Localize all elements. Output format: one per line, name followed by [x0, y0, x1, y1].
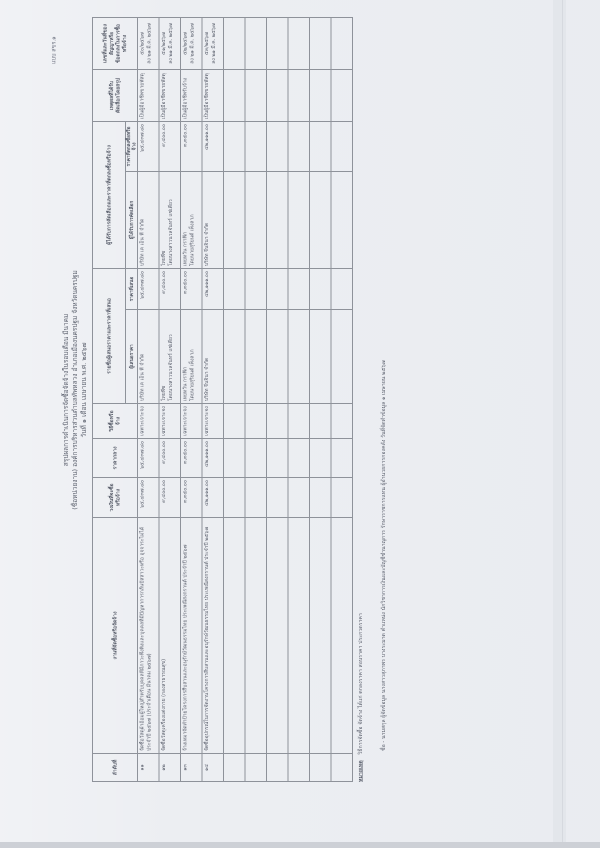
row-bidder-cell — [288, 310, 310, 404]
row-median-price-cell — [331, 439, 353, 478]
row-method-cell — [267, 404, 289, 439]
row-contract-cell — [224, 17, 246, 69]
row-contract-cell — [331, 17, 353, 69]
header-bid-price: ราคาที่เสนอ — [126, 269, 138, 310]
header-item: งานที่จัดซื้อหรือจัดจ้าง — [93, 518, 138, 754]
row-number: ๑๓ — [182, 756, 189, 779]
title-line-date: วันที่ ๑ เดือน เมษายน พ.ศ. ๒๕๖๗ — [80, 0, 89, 782]
row-method-cell: เฉพาะเจาะจง — [138, 404, 160, 439]
row-agreed-price-cell — [331, 121, 353, 171]
row-budget: ๙,๔๐๐.๐๐ — [161, 480, 168, 515]
row-bid-price: ๔๒,๑๑๑.๐๐ — [204, 271, 211, 307]
row-agreed-price-cell: ๓,๓๕๐.๐๐ — [181, 121, 203, 171]
row-bidder-cell — [245, 310, 267, 404]
row-agreed-price-cell: ๙,๔๐๐.๐๐ — [159, 121, 181, 171]
row-budget-cell: ๓,๓๕๐.๐๐ — [181, 478, 203, 518]
rotated-document-page: แบบ สขร.๑ สรุปผลการดำเนินการจัดซื้อจัดจ้… — [0, 0, 600, 848]
row-contract-cell: ๕๑/๒๕๖๗ ลง ๒๑ มี.ค. ๒๕๖๗ — [159, 17, 181, 69]
row-item-cell: จัดซื้อวัสดุผ้าอ้อมผู้ใหญ่สำหรับบุคคลที่… — [138, 518, 160, 754]
row-selected-cell — [310, 172, 332, 269]
row-budget-cell: ๔๒,๑๑๑.๐๐ — [202, 478, 224, 518]
notes-preparer-line: ชื่อ - นามสกุล ผู้จัดข้อมูล นางสาวสุภาพร… — [379, 360, 388, 751]
row-selected: บริษัท เค เอ็น พี จำกัด — [139, 174, 146, 266]
row-item: จัดซื้อวัสดุเครื่องแต่งกาย (กองสาธารณสุข… — [161, 520, 168, 751]
row-bid-price-cell — [331, 269, 353, 310]
row-budget-cell — [331, 478, 353, 518]
row-item-cell — [224, 518, 246, 754]
table-body: ๑๑จัดซื้อวัสดุผ้าอ้อมผู้ใหญ่สำหรับบุคคลท… — [138, 17, 353, 781]
row-item-cell — [245, 518, 267, 754]
header-no: ลำดับที่ — [93, 754, 138, 782]
row-method-cell — [245, 404, 267, 439]
header-median-price: ราคากลาง — [93, 439, 138, 478]
row-bidder-cell: เหยหวัน กราฟิก โดยนายสุริยนต์ เพ็งลาภ — [181, 310, 203, 404]
row-bidder-cell: ไทยพีซ โดยนางสาวนวลจันทร์ แซ่เตียว — [159, 310, 181, 404]
row-reason-cell: เป็นผู้มีอาชีพขายพัสดุ — [159, 69, 181, 121]
row-number-cell: ๑๒ — [159, 754, 181, 782]
row-selected-cell: ไทยพีซ โดยนางสาวนวลจันทร์ แซ่เตียว — [159, 172, 181, 269]
row-contract: ๕๐/๒๕๖๗ ลง ๒๑ มี.ค. ๒๕๖๗ — [139, 20, 153, 67]
row-method-cell — [288, 404, 310, 439]
row-bid-price-cell: ๔๒,๑๑๑.๐๐ — [202, 269, 224, 310]
row-agreed-price: ๙,๔๐๐.๐๐ — [161, 124, 168, 169]
row-bidder-cell — [331, 310, 353, 404]
row-agreed-price-cell — [267, 121, 289, 171]
row-method-cell: เฉพาะเจาะจง — [159, 404, 181, 439]
row-number-cell — [310, 754, 332, 782]
header-agreed-price: ราคาที่ตกลงซื้อหรือจ้าง — [126, 121, 138, 171]
row-bidder: ไทยพีซ โดยนางสาวนวลจันทร์ แซ่เตียว — [161, 312, 175, 401]
row-number: ๑๑ — [139, 756, 146, 779]
row-selected: เหยหวัน กราฟิก โดยนายสุริยนต์ เพ็งลาภ — [182, 174, 196, 266]
row-budget-cell — [224, 478, 246, 518]
table-row-empty — [245, 17, 267, 781]
row-budget: ๔๒,๑๑๑.๐๐ — [204, 480, 211, 515]
row-agreed-price: ๔๒,๑๑๑.๐๐ — [204, 124, 211, 169]
title-line-summary: สรุปผลการดำเนินการจัดซื้อจัดจ้างในรอบเดื… — [62, 0, 71, 782]
notes-methods-text: วิธีการจัดซื้อ จัดจ้าง ได้แก่ ตกลงราคา ส… — [358, 613, 364, 755]
row-method: เฉพาะเจาะจง — [182, 406, 189, 436]
row-selected-cell — [288, 172, 310, 269]
row-reason-cell: เป็นผู้มีอาชีพรับจ้าง — [181, 69, 203, 121]
row-number-cell — [331, 754, 353, 782]
notes-methods-line: หมายเหตุ วิธีการจัดซื้อ จัดจ้าง ได้แก่ ต… — [356, 613, 365, 782]
row-contract-cell — [288, 17, 310, 69]
table-row: ๑๒จัดซื้อวัสดุเครื่องแต่งกาย (กองสาธารณส… — [159, 17, 181, 781]
row-budget-cell: ๖๕,๔๓๗.๘๐ — [138, 478, 160, 518]
row-method-cell — [224, 404, 246, 439]
row-bid-price-cell — [267, 269, 289, 310]
row-bid-price-cell: ๙,๔๐๐.๐๐ — [159, 269, 181, 310]
table-row: ๑๔จัดซื้ออุปกรณ์ในการจัดงานโครงการสืบสาน… — [202, 17, 224, 781]
document-title: สรุปผลการดำเนินการจัดซื้อจัดจ้างในรอบเดื… — [62, 0, 89, 782]
row-item-cell: จัดซื้อวัสดุเครื่องแต่งกาย (กองสาธารณสุข… — [159, 518, 181, 754]
row-reason: เป็นผู้มีอาชีพขายพัสดุ — [139, 72, 146, 119]
header-selected-group: ผู้ได้รับการคัดเลือกและราคาที่ตกลงซื้อหร… — [93, 121, 126, 268]
row-budget: ๖๕,๔๓๗.๘๐ — [139, 480, 146, 515]
row-budget-cell — [288, 478, 310, 518]
row-bidder-cell: บริษัท จีนจินา จำกัด — [202, 310, 224, 404]
row-contract-cell — [245, 17, 267, 69]
row-item: จัดซื้ออุปกรณ์ในการจัดงานโครงการสืบสานแล… — [204, 520, 211, 751]
row-selected: บริษัท จีนจินา จำกัด — [204, 174, 211, 266]
table-row-empty — [310, 17, 332, 781]
title-line-agency: (ชื่อหน่วยงาน) องค์การบริหารส่วนตำบลทัพห… — [71, 0, 80, 782]
row-number: ๑๒ — [161, 756, 168, 779]
row-bidder-cell — [310, 310, 332, 404]
header-bidders-group: รายชื่อผู้เสนอราคาและราคาที่เสนอ — [93, 269, 126, 404]
form-code: แบบ สขร.๑ — [49, 36, 58, 64]
row-median-price-cell: ๖๕,๔๓๗.๘๐ — [138, 439, 160, 478]
row-item-cell — [331, 518, 353, 754]
header-method: วิธีซื้อหรือ จ้าง — [93, 404, 138, 439]
row-contract-cell: ๕๐/๒๕๖๗ ลง ๒๑ มี.ค. ๒๕๖๗ — [138, 17, 160, 69]
row-selected-cell: เหยหวัน กราฟิก โดยนายสุริยนต์ เพ็งลาภ — [181, 172, 203, 269]
row-reason: เป็นผู้มีอาชีพรับจ้าง — [182, 72, 189, 119]
row-item-cell: จ้างเหมาจัดทำป้ายโครงการสืบสานและอนุรักษ… — [181, 518, 203, 754]
row-selected-cell — [331, 172, 353, 269]
row-median-price: ๓,๓๕๐.๐๐ — [182, 441, 189, 475]
table-row-empty — [224, 17, 246, 781]
row-median-price-cell: ๙,๔๐๐.๐๐ — [159, 439, 181, 478]
row-number-cell: ๑๓ — [181, 754, 203, 782]
table-row-empty — [331, 17, 353, 781]
row-reason: เป็นผู้มีอาชีพขายพัสดุ — [204, 72, 211, 119]
row-bid-price-cell — [310, 269, 332, 310]
row-method-cell: เฉพาะเจาะจง — [202, 404, 224, 439]
row-reason-cell — [245, 69, 267, 121]
row-selected: ไทยพีซ โดยนางสาวนวลจันทร์ แซ่เตียว — [161, 174, 175, 266]
row-item: จ้างเหมาจัดทำป้ายโครงการสืบสานและอนุรักษ… — [182, 520, 189, 751]
row-median-price-cell — [288, 439, 310, 478]
row-median-price-cell: ๔๒,๑๑๑.๐๐ — [202, 439, 224, 478]
row-number: ๑๔ — [204, 756, 211, 779]
row-selected-cell: บริษัท เค เอ็น พี จำกัด — [138, 172, 160, 269]
row-number-cell — [224, 754, 246, 782]
row-selected-cell: บริษัท จีนจินา จำกัด — [202, 172, 224, 269]
row-reason-cell — [331, 69, 353, 121]
row-contract-cell: ๕๓/๒๕๖๗ ลง ๒๑ มี.ค. ๒๕๖๗ — [202, 17, 224, 69]
row-method: เฉพาะเจาะจง — [161, 406, 168, 436]
row-budget-cell — [267, 478, 289, 518]
row-bidder: บริษัท เค เอ็น พี จำกัด — [139, 312, 146, 401]
row-bid-price-cell — [288, 269, 310, 310]
row-number-cell — [267, 754, 289, 782]
row-selected-cell — [224, 172, 246, 269]
row-reason: เป็นผู้มีอาชีพขายพัสดุ — [161, 72, 168, 119]
row-median-price: ๔๒,๑๑๑.๐๐ — [204, 441, 211, 475]
row-reason-cell: เป็นผู้มีอาชีพขายพัสดุ — [138, 69, 160, 121]
row-budget: ๓,๓๕๐.๐๐ — [182, 480, 189, 515]
row-number-cell: ๑๑ — [138, 754, 160, 782]
header-bidder: ผู้เสนอราคา — [126, 310, 138, 404]
row-bidder-cell — [267, 310, 289, 404]
table-header: ลำดับที่ งานที่จัดซื้อหรือจัดจ้าง วงเงิน… — [93, 17, 138, 781]
header-reason: เหตุผลที่ได้รับ คัดเลือกโดยสรุป — [93, 69, 138, 121]
row-contract: ๕๓/๒๕๖๗ ลง ๒๑ มี.ค. ๒๕๖๗ — [204, 20, 218, 67]
row-contract-cell: ๕๒/๒๕๖๗ ลง ๒๑ มี.ค. ๒๕๖๗ — [181, 17, 203, 69]
row-item: จัดซื้อวัสดุผ้าอ้อมผู้ใหญ่สำหรับบุคคลที่… — [139, 520, 153, 751]
row-reason-cell — [267, 69, 289, 121]
row-bidder: เหยหวัน กราฟิก โดยนายสุริยนต์ เพ็งลาภ — [182, 312, 196, 401]
row-item-cell: จัดซื้ออุปกรณ์ในการจัดงานโครงการสืบสานแล… — [202, 518, 224, 754]
row-contract: ๕๑/๒๕๖๗ ลง ๒๑ มี.ค. ๒๕๖๗ — [161, 20, 175, 67]
row-agreed-price: ๓,๓๕๐.๐๐ — [182, 124, 189, 169]
row-bid-price: ๓,๓๕๐.๐๐ — [182, 271, 189, 307]
row-selected-cell — [245, 172, 267, 269]
row-bid-price-cell: ๖๕,๔๓๗.๘๐ — [138, 269, 160, 310]
row-agreed-price-cell — [288, 121, 310, 171]
row-method-cell: เฉพาะเจาะจง — [181, 404, 203, 439]
row-median-price-cell — [245, 439, 267, 478]
row-number-cell — [245, 754, 267, 782]
procurement-summary-table: ลำดับที่ งานที่จัดซื้อหรือจัดจ้าง วงเงิน… — [92, 17, 353, 782]
row-budget-cell: ๙,๔๐๐.๐๐ — [159, 478, 181, 518]
row-bid-price: ๖๕,๔๓๗.๘๐ — [139, 271, 146, 307]
row-median-price: ๖๕,๔๓๗.๘๐ — [139, 441, 146, 475]
row-bid-price-cell: ๓,๓๕๐.๐๐ — [181, 269, 203, 310]
row-contract-cell — [267, 17, 289, 69]
table-row: ๑๓จ้างเหมาจัดทำป้ายโครงการสืบสานและอนุรั… — [181, 17, 203, 781]
row-bidder-cell — [224, 310, 246, 404]
row-agreed-price-cell: ๔๒,๑๑๑.๐๐ — [202, 121, 224, 171]
header-selected: ผู้ได้รับการคัดเลือก — [126, 172, 138, 269]
row-bid-price-cell — [224, 269, 246, 310]
row-budget-cell — [245, 478, 267, 518]
row-contract-cell — [310, 17, 332, 69]
row-agreed-price-cell: ๖๕,๔๓๗.๘๐ — [138, 121, 160, 171]
row-item-cell — [288, 518, 310, 754]
row-bid-price: ๙,๔๐๐.๐๐ — [161, 271, 168, 307]
row-method: เฉพาะเจาะจง — [139, 406, 146, 436]
row-median-price-cell — [310, 439, 332, 478]
row-bidder: บริษัท จีนจินา จำกัด — [204, 312, 211, 401]
row-number-cell: ๑๔ — [202, 754, 224, 782]
row-reason-cell: เป็นผู้มีอาชีพขายพัสดุ — [202, 69, 224, 121]
row-agreed-price-cell — [245, 121, 267, 171]
header-budget: วงเงินที่จะซื้อ หรือจ้าง — [93, 478, 138, 518]
row-bidder-cell: บริษัท เค เอ็น พี จำกัด — [138, 310, 160, 404]
row-method: เฉพาะเจาะจง — [204, 406, 211, 436]
row-reason-cell — [224, 69, 246, 121]
row-median-price-cell: ๓,๓๕๐.๐๐ — [181, 439, 203, 478]
row-contract: ๕๒/๒๕๖๗ ลง ๒๑ มี.ค. ๒๕๖๗ — [182, 20, 196, 67]
row-reason-cell — [288, 69, 310, 121]
row-bid-price-cell — [245, 269, 267, 310]
row-agreed-price: ๖๕,๔๓๗.๘๐ — [139, 124, 146, 169]
notes-label: หมายเหตุ — [358, 760, 364, 782]
row-number-cell — [288, 754, 310, 782]
header-contract: เลขที่และวันที่ของ สัญญาหรือ ข้อตกลงในกา… — [93, 17, 138, 69]
row-agreed-price-cell — [224, 121, 246, 171]
table-row: ๑๑จัดซื้อวัสดุผ้าอ้อมผู้ใหญ่สำหรับบุคคลท… — [138, 17, 160, 781]
row-item-cell — [310, 518, 332, 754]
row-method-cell — [331, 404, 353, 439]
row-method-cell — [310, 404, 332, 439]
row-agreed-price-cell — [310, 121, 332, 171]
row-median-price-cell — [224, 439, 246, 478]
row-item-cell — [267, 518, 289, 754]
row-budget-cell — [310, 478, 332, 518]
row-median-price-cell — [267, 439, 289, 478]
row-median-price: ๙,๔๐๐.๐๐ — [161, 441, 168, 475]
row-selected-cell — [267, 172, 289, 269]
row-reason-cell — [310, 69, 332, 121]
table-row-empty — [267, 17, 289, 781]
table-row-empty — [288, 17, 310, 781]
